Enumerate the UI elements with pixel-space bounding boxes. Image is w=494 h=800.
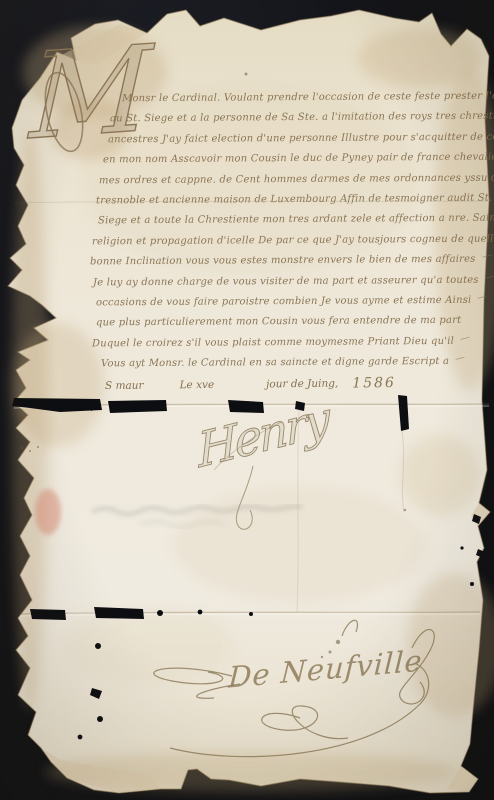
dateline-year: 1586 (352, 372, 396, 394)
manuscript-line: que plus particulierement mon Cousin vou… (96, 311, 494, 334)
manuscript-line: Siege et a toute la Chrestiente mon tres… (98, 209, 494, 232)
manuscript-line: mes ordres et cappne. de Cent hommes dar… (99, 168, 494, 191)
red-stain (35, 489, 61, 535)
manuscript-line: en mon nom Asscavoir mon Cousin le duc d… (103, 148, 494, 171)
letter-body: Monsr le Cardinal. Voulant prendre l'occ… (0, 88, 494, 395)
manuscript-line: Duquel le croirez s'il vous plaist comme… (92, 331, 494, 354)
manuscript-line: au St. Siege et a la personne de Sa Ste.… (110, 107, 494, 130)
manuscript-line: bonne Inclination vous vous estes monstr… (90, 250, 494, 273)
manuscript-line: Je luy ay donne charge de vous visiter d… (93, 270, 494, 293)
dateline-day: Le xve (179, 374, 214, 396)
dateline-place: S maur (105, 375, 144, 397)
dateline: S maur Le xve jour de Juing, 1586 (105, 371, 494, 397)
photo-background: M Monsr le Cardinal. Voulant prendre l'o… (0, 0, 494, 800)
dateline-month: jour de Juing, (266, 373, 338, 396)
